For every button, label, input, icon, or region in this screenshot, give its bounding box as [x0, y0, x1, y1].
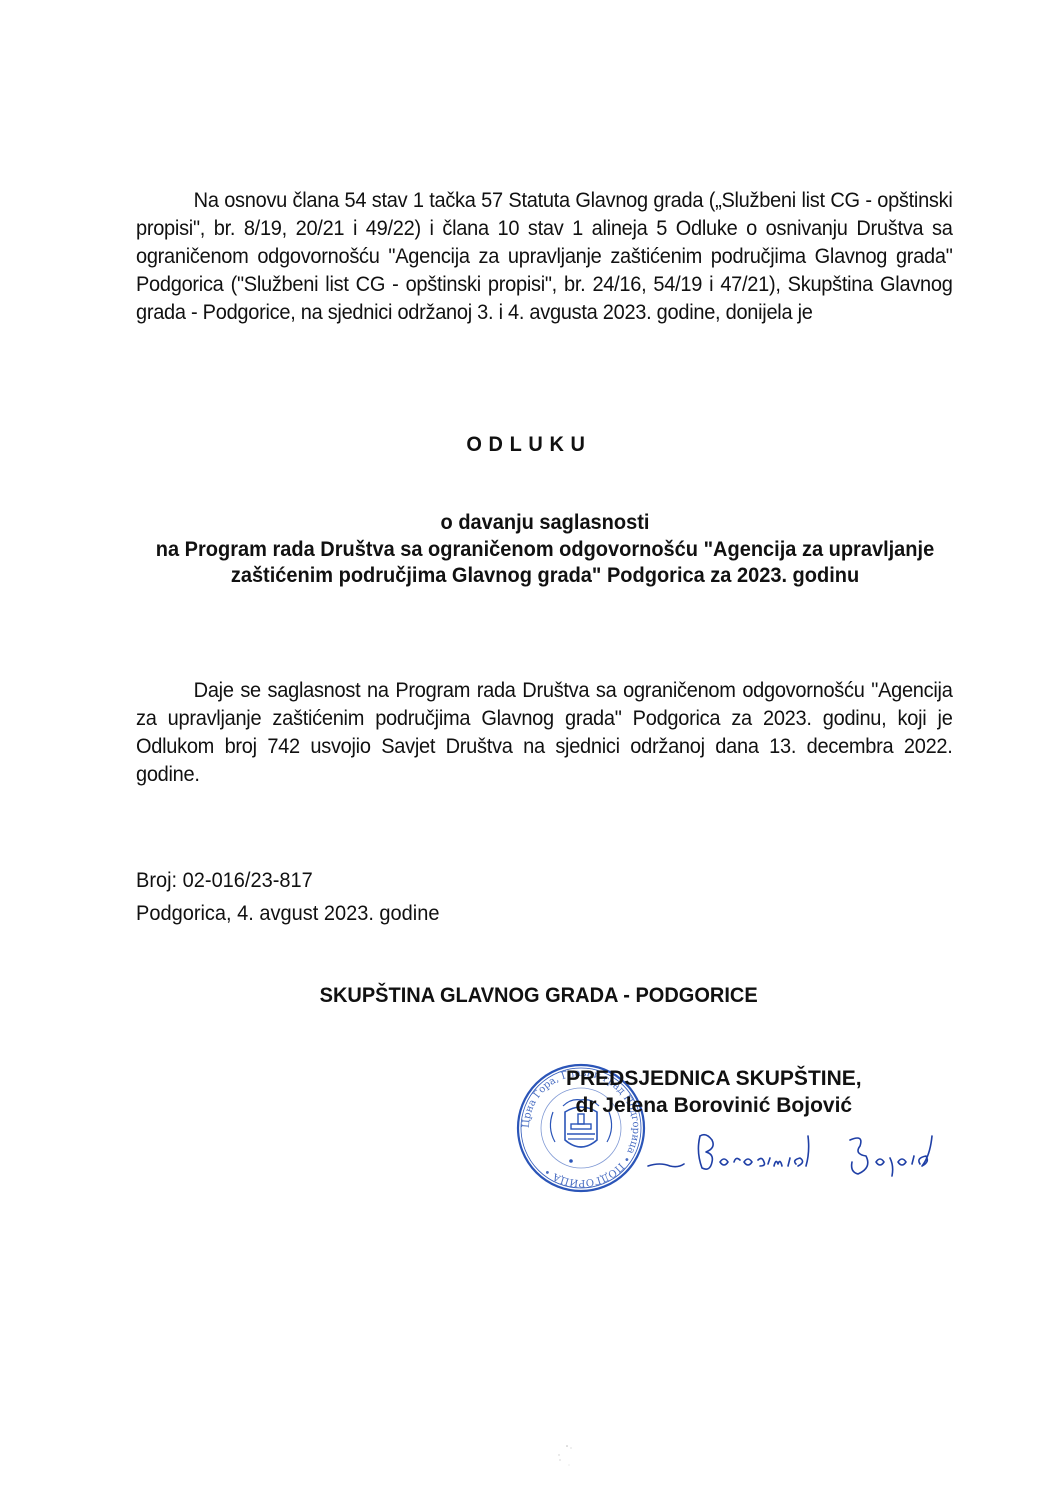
- signatory-block: PREDSJEDNICA SKUPŠTINE, dr Jelena Borovi…: [566, 1065, 862, 1119]
- body-paragraph: Daje se saglasnost na Program rada Društ…: [136, 676, 953, 788]
- decision-subtitle: o davanju saglasnosti na Program rada Dr…: [136, 509, 953, 589]
- preamble-paragraph: Na osnovu člana 54 stav 1 tačka 57 Statu…: [136, 186, 953, 326]
- document-page: Na osnovu člana 54 stav 1 tačka 57 Statu…: [0, 0, 1058, 1497]
- subtitle-line-1: o davanju saglasnosti: [136, 509, 954, 536]
- reference-number: Broj: 02-016/23-817: [136, 868, 313, 893]
- body-text: Daje se saglasnost na Program rada Društ…: [136, 678, 953, 786]
- decision-title: ODLUKU: [26, 433, 1031, 457]
- handwritten-signature: [640, 1122, 950, 1182]
- preamble-text: Na osnovu člana 54 stav 1 tačka 57 Statu…: [136, 188, 953, 324]
- assembly-name: SKUPŠTINA GLAVNOG GRADA - PODGORICE: [37, 983, 1030, 1008]
- signatory-title: PREDSJEDNICA SKUPŠTINE,: [566, 1065, 862, 1092]
- place-and-date: Podgorica, 4. avgust 2023. godine: [136, 901, 439, 926]
- subtitle-line-2: na Program rada Društva sa ograničenom o…: [136, 536, 954, 589]
- scan-artifact: [555, 1440, 595, 1470]
- signatory-name: dr Jelena Borovinić Bojović: [566, 1092, 862, 1119]
